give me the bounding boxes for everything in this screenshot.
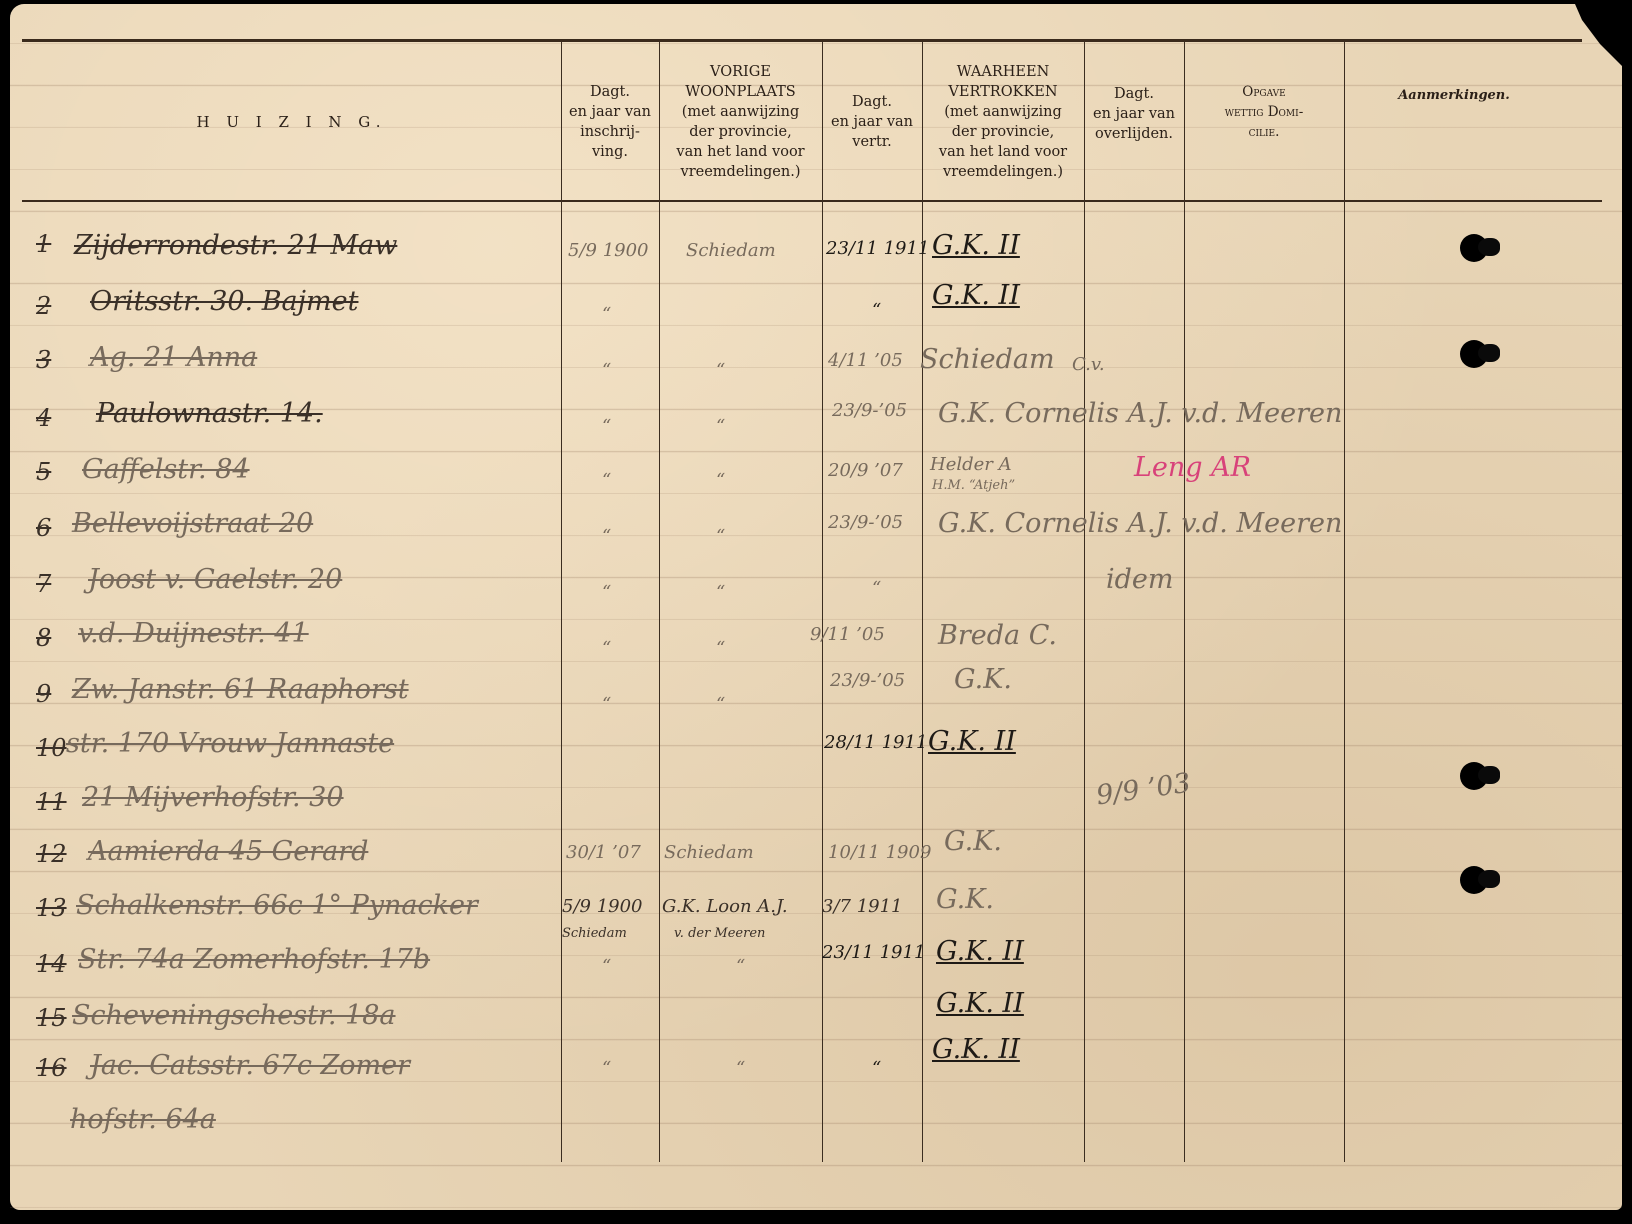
column-divider [1344,42,1345,1162]
ditto-mark: “ [872,300,881,321]
waarheen-entry: G.K. II [928,726,1016,757]
header-line: van het land voor [676,142,804,162]
ditto-mark: “ [716,638,725,659]
punch-hole [1460,234,1488,262]
vertrek-date: 23/11 1911 [822,942,925,963]
ditto-mark: “ [602,470,611,491]
column-divider [1184,42,1185,1162]
inschrijving-date: 30/1 ’07 [566,842,641,863]
row-number: 5 [36,458,51,486]
huizing-entry: Oritsstr. 30. Bajmet [90,286,358,317]
waarheen-entry: G.K. [936,884,994,915]
header-line: Dagt. [569,82,651,102]
ditto-mark: “ [872,578,881,599]
header-line: ving. [569,142,651,162]
huizing-entry: Zijderrondestr. 21 Maw [74,230,397,261]
header-line: en jaar van [569,102,651,122]
vertrek-date: 23/9-’05 [830,670,905,691]
header-line: Opgave [1225,82,1304,102]
header-waarheen: WAARHEEN VERTROKKEN (met aanwijzing der … [922,44,1084,200]
header-vertrek: Dagt. en jaar van vertr. [822,44,922,200]
waarheen-entry: Helder A [930,454,1012,475]
punch-hole [1460,866,1488,894]
ditto-mark: “ [602,360,611,381]
waarheen-entry: G.K. Cornelis A.J. v.d. Meeren [938,398,1342,429]
row-number: 12 [36,840,67,868]
column-divider [1084,42,1085,1162]
header-line: Dagt. [1093,84,1175,104]
waarheen-entry: G.K. II [932,280,1020,311]
row-number: 4 [36,404,51,432]
row-number: 16 [36,1054,67,1082]
header-line: VERTROKKEN [939,82,1067,102]
ditto-mark: “ [602,582,611,603]
header-line: VORIGE [676,62,804,82]
vertrek-date: 4/11 ’05 [828,350,903,371]
row-number: 11 [36,788,67,816]
huizing-entry: Joost v. Gaelstr. 20 [88,564,342,595]
ditto-mark: “ [736,956,745,977]
inschrijving-note: Schiedam [562,926,627,941]
vorige-note: v. der Meeren [674,926,765,941]
waarheen-entry: G.K. II [936,936,1024,967]
header-line: der provincie, [939,122,1067,142]
huizing-entry: Schalkenstr. 66c 1° Pynacker [76,890,478,921]
column-divider [822,42,823,1162]
header-line: Dagt. [831,92,913,112]
huizing-entry: 21 Mijverhofstr. 30 [82,782,344,813]
huizing-entry: v.d. Duijnestr. 41 [78,618,309,649]
header-line: en jaar van [1093,104,1175,124]
waarheen-entry: Schiedam [920,344,1055,375]
vertrek-date: 23/9-’05 [832,400,907,421]
register-card: H U I Z I N G. Dagt. en jaar van inschri… [10,4,1622,1210]
huizing-entry: Scheveningschestr. 18a [72,1000,396,1031]
ditto-mark: “ [716,470,725,491]
huizing-entry: Bellevoijstraat 20 [72,508,313,539]
waarheen-entry: G.K. II [932,1034,1020,1065]
huizing-entry: Zw. Janstr. 61 Raaphorst [72,674,409,705]
ditto-mark: “ [602,416,611,437]
header-huizing: H U I Z I N G. [22,44,561,200]
ditto-mark: “ [602,956,611,977]
ditto-mark: “ [716,526,725,547]
row-number: 8 [36,624,51,652]
huizing-entry: Jac. Catsstr. 67c Zomer [90,1050,410,1081]
header-vorige-woonplaats: VORIGE WOONPLAATS (met aanwijzing der pr… [659,44,822,200]
header-line: vertr. [831,132,913,152]
column-divider [561,42,562,1162]
row-number: 7 [36,570,51,598]
punch-hole [1460,762,1488,790]
waarheen-entry: G.K. Cornelis A.J. v.d. Meeren [938,508,1342,539]
vorige-woonplaats: G.K. Loon A.J. [662,896,788,917]
row-number: 9 [36,680,51,708]
huizing-entry: Ag. 21 Anna [90,342,257,373]
header-overlijden: Dagt. en jaar van overlijden. [1084,36,1184,192]
waarheen-extra: C.v. [1072,354,1105,375]
vertrek-date: 20/9 ’07 [828,460,903,481]
header-line: wettig Domi- [1225,102,1304,122]
waarheen-entry: G.K. [954,664,1012,695]
header-line: WAARHEEN [939,62,1067,82]
ditto-mark: “ [736,1058,745,1079]
vorige-woonplaats: Schiedam [686,240,776,261]
header-line: inschrij- [569,122,651,142]
ditto-mark: “ [716,694,725,715]
header-domicilie: Opgave wettig Domi- cilie. [1184,34,1344,190]
row-number: 1 [36,230,51,258]
inschrijving-date: 5/9 1900 [562,896,643,917]
row-number: 3 [36,346,51,374]
ditto-mark: “ [602,304,611,325]
header-inschrijving: Dagt. en jaar van inschrij- ving. [561,44,659,200]
ditto-mark: “ [872,1058,881,1079]
huizing-entry: str. 170 Vrouw Jannaste [66,728,394,759]
inschrijving-date: 5/9 1900 [568,240,649,261]
column-divider [922,42,923,1162]
header-line: (met aanwijzing [939,102,1067,122]
ditto-mark: “ [602,694,611,715]
header-line: vreemdelingen.) [676,162,804,182]
header-rule [22,200,1602,202]
header-line: overlijden. [1093,124,1175,144]
huizing-entry: hofstr. 64a [70,1104,216,1135]
huizing-entry: Aamierda 45 Gerard [88,836,368,867]
red-annotation: Leng AR [1134,452,1251,483]
waarheen-note: H.M. “Atjeh” [932,478,1015,493]
row-number: 10 [36,734,67,762]
waarheen-entry: G.K. II [936,988,1024,1019]
vertrek-date: 23/11 1911 [826,238,929,259]
header-line: (met aanwijzing [676,102,804,122]
waarheen-entry: Breda C. [938,620,1057,651]
ditto-mark: “ [716,416,725,437]
row-number: 13 [36,894,67,922]
header-aanmerkingen-text: Aanmerkingen. [1398,86,1510,106]
huizing-entry: Gaffelstr. 84 [82,454,250,485]
huizing-entry: Str. 74a Zomerhofstr. 17b [78,944,430,975]
vertrek-date: 10/11 1909 [828,842,931,863]
header-aanmerkingen: Aanmerkingen. [1344,18,1564,174]
vertrek-date: 3/7 1911 [822,896,903,917]
vertrek-date: 23/9-’05 [828,512,903,533]
row-number: 2 [36,292,51,320]
header-line: cilie. [1225,122,1304,142]
overlijden-date: 9/9 ’03 [1094,768,1192,812]
huizing-entry: Paulownastr. 14. [96,398,323,429]
header-huizing-text: H U I Z I N G. [197,112,387,132]
vertrek-date: 28/11 1911 [824,732,927,753]
waarheen-entry: G.K. II [932,230,1020,261]
waarheen-entry: idem [1106,564,1174,595]
column-divider [659,42,660,1162]
ditto-mark: “ [602,526,611,547]
ditto-mark: “ [602,638,611,659]
ditto-mark: “ [716,360,725,381]
header-line: van het land voor [939,142,1067,162]
vertrek-date: 9/11 ’05 [810,624,885,645]
row-number: 15 [36,1004,67,1032]
row-number: 6 [36,514,51,542]
header-line: vreemdelingen.) [939,162,1067,182]
ditto-mark: “ [602,1058,611,1079]
waarheen-entry: G.K. [944,826,1002,857]
vorige-woonplaats: Schiedam [664,842,754,863]
punch-hole [1460,340,1488,368]
header-line: en jaar van [831,112,913,132]
header-line: der provincie, [676,122,804,142]
ditto-mark: “ [716,582,725,603]
row-number: 14 [36,950,67,978]
header-line: WOONPLAATS [676,82,804,102]
